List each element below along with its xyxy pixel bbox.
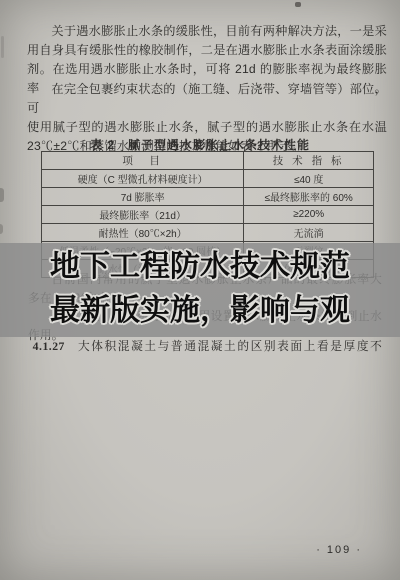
table-cell-item: 最终膨胀率（21d） bbox=[42, 206, 244, 223]
section-4-1-27: 4.1.27大体积混凝土与普通混凝土的区别表面上看是厚度不 bbox=[28, 337, 382, 356]
scan-speck bbox=[295, 2, 301, 7]
text-line: 用自身具有缓胀性的橡胶制作，二是在遇水膨胀止水条表面涂缓胀 bbox=[27, 41, 387, 60]
table-row: 耐热性（80℃×2h） 无流淌 bbox=[42, 223, 373, 241]
table-cell-value: ≥220% bbox=[244, 206, 373, 223]
text-line: 在完全包裹约束状态的（施工缝、后浇带、穿墙管等）部位，可 bbox=[27, 80, 387, 118]
table-header-item: 项 目 bbox=[42, 152, 244, 169]
scanned-document-page: 关于遇水膨胀止水条的缓胀性，目前有两种解决方法，一是采用自身具有缓胀性的橡胶制作… bbox=[0, 0, 400, 580]
scan-speck bbox=[0, 188, 4, 202]
table-cell-item: 7d 膨胀率 bbox=[42, 188, 244, 205]
table-row: 最终膨胀率（21d） ≥220% bbox=[42, 205, 373, 223]
table-cell-value: 无流淌 bbox=[244, 224, 373, 241]
section-first-line-text: 大体积混凝土与普通混凝土的区别表面上看是厚度不 bbox=[77, 340, 382, 353]
headline-line-2: 最新版实施，影响与观 bbox=[50, 292, 350, 330]
scan-speck bbox=[1, 36, 4, 58]
section-first-line: 4.1.27大体积混凝土与普通混凝土的区别表面上看是厚度不 bbox=[28, 337, 382, 356]
table-cell-value: ≤40 度 bbox=[244, 170, 373, 187]
table-row: 7d 膨胀率 ≤最终膨胀率的 60% bbox=[42, 187, 373, 205]
table-cell-value: ≤最终膨胀率的 60% bbox=[244, 188, 373, 205]
table-cell-item: 耐热性（80℃×2h） bbox=[42, 224, 244, 241]
headline-overlay-banner: 地下工程防水技术规范 最新版实施，影响与观 bbox=[0, 243, 400, 337]
page-number: · 109 · bbox=[316, 544, 362, 556]
table-header-row: 项 目 技 术 指 标 bbox=[42, 152, 373, 169]
text-line: 使用腻子型的遇水膨胀止水条，腻子型的遇水膨胀止水条在水温 bbox=[27, 118, 387, 137]
text-line: 关于遇水膨胀止水条的缓胀性，目前有两种解决方法，一是采 bbox=[27, 22, 387, 41]
table-row: 硬度（C 型微孔材料硬度计） ≤40 度 bbox=[42, 169, 373, 187]
clause-number: 4.1.27 bbox=[33, 340, 65, 353]
table-header-value: 技 术 指 标 bbox=[244, 152, 373, 169]
table-cell-item: 硬度（C 型微孔材料硬度计） bbox=[42, 170, 244, 187]
headline-line-1: 地下工程防水技术规范 bbox=[50, 248, 350, 286]
scan-speck bbox=[0, 224, 3, 234]
